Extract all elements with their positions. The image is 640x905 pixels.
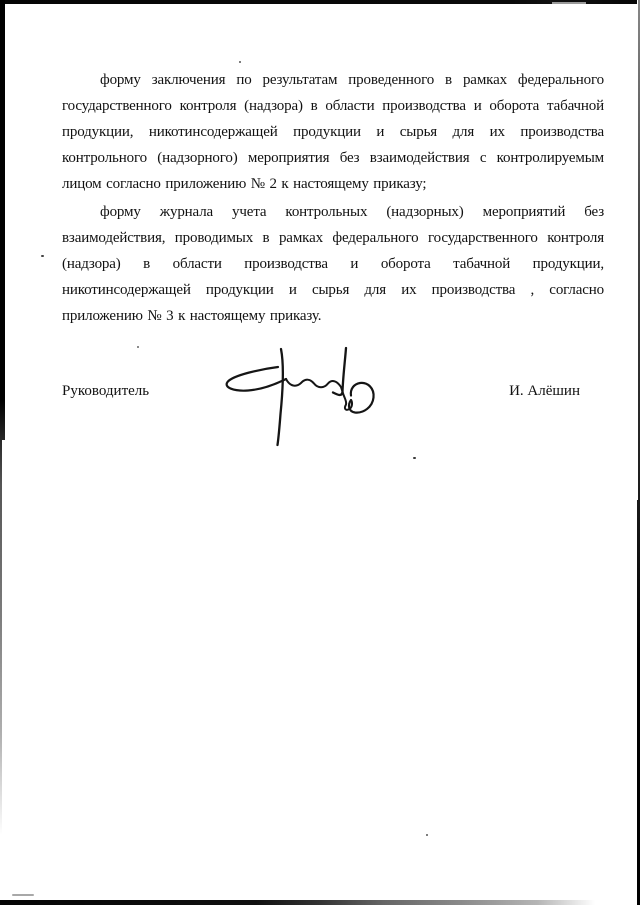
- scan-border-right-mask: [637, 0, 639, 500]
- scan-speck: [41, 255, 44, 257]
- paragraph-line: форму заключения по результатам проведен…: [62, 67, 604, 93]
- paragraph-line: контрольного (надзорного) мероприятия бе…: [62, 145, 604, 171]
- paragraph-line: никотинсодержащей продукции и сырья для …: [62, 277, 604, 303]
- document-body: форму заключения по результатам проведен…: [62, 67, 604, 329]
- scan-speck: [426, 834, 428, 836]
- paragraph-line: (надзора) в области производства и оборо…: [62, 251, 604, 277]
- scan-border-left-mask: [2, 440, 5, 840]
- signer-role-label: Руководитель: [62, 381, 149, 401]
- scan-speck: [239, 61, 241, 63]
- paragraph-line: взаимодействия, проводимых в рамках феде…: [62, 225, 604, 251]
- paragraph-2: форму журнала учета контрольных (надзорн…: [62, 199, 604, 329]
- signer-name: И. Алёшин: [509, 381, 604, 401]
- document-page: форму заключения по результатам проведен…: [0, 0, 640, 905]
- signature-icon: [220, 339, 398, 453]
- scan-speck: [137, 346, 139, 348]
- scan-border-bottom: [0, 900, 640, 905]
- scan-speck: [12, 894, 34, 896]
- paragraph-line: форму журнала учета контрольных (надзорн…: [62, 199, 604, 225]
- paragraph-line: лицом согласно приложению № 2 к настояще…: [62, 171, 604, 197]
- paragraph-line: государственного контроля (надзора) в об…: [62, 93, 604, 119]
- paragraph-1: форму заключения по результатам проведен…: [62, 67, 604, 197]
- paragraph-line: продукции, никотинсодержащей продукции и…: [62, 119, 604, 145]
- scan-speck: [413, 457, 416, 459]
- scan-border-top-notch: [552, 2, 586, 4]
- paragraph-line: приложению № 3 к настоящему приказу.: [62, 303, 604, 329]
- scan-border-top: [0, 0, 640, 4]
